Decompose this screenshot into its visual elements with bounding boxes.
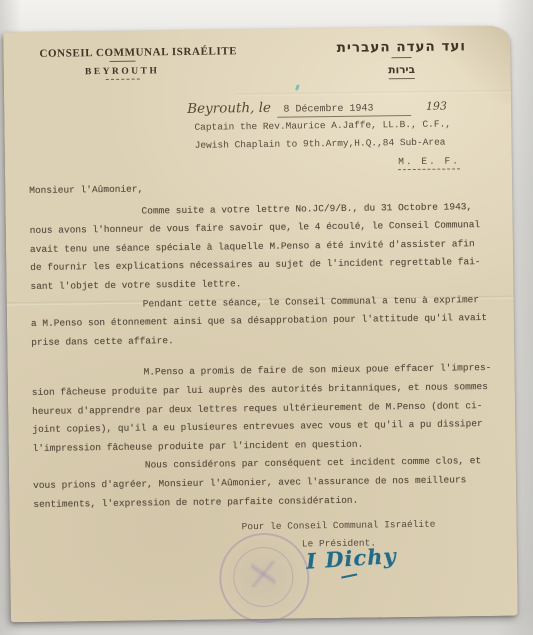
letter-photo: CONSEIL COMMUNAL ISRAÉLITE BEYROUTH ועד … bbox=[0, 0, 533, 635]
signature: I Dichy bbox=[305, 543, 397, 574]
city-name-hebrew: בירות bbox=[327, 63, 477, 77]
salutation: Monsieur l'Aûmonier, bbox=[29, 176, 499, 201]
circular-stamp-inner-ring bbox=[233, 547, 294, 608]
city-name-french: BEYROUTH bbox=[40, 66, 205, 78]
printed-place-label: Beyrouth, le bbox=[187, 100, 271, 117]
org-name-french: CONSEIL COMMUNAL ISRAÉLITE bbox=[39, 46, 204, 60]
letterhead-hebrew: ועד העדה העברית בירות bbox=[326, 38, 477, 80]
typed-date: 8 Décembre 1943 bbox=[277, 103, 411, 118]
closing-on-behalf: Pour le Conseil Communal Israélite bbox=[242, 519, 436, 533]
ornament-rule bbox=[105, 79, 139, 80]
letterhead-french: CONSEIL COMMUNAL ISRAÉLITE BEYROUTH bbox=[39, 46, 204, 81]
recipient-line-mef: M. E. F. bbox=[398, 155, 460, 170]
org-name-hebrew: ועד העדה העברית bbox=[326, 38, 476, 56]
printed-year-prefix: 193 bbox=[426, 100, 447, 113]
ornament-rule bbox=[109, 61, 135, 62]
ornament-rule bbox=[389, 78, 415, 79]
letter-body: Monsieur l'Aûmonier, Comme suite a votre… bbox=[29, 176, 503, 514]
ornament-rule bbox=[392, 57, 412, 58]
ink-speck bbox=[295, 84, 300, 91]
dateline: Beyrouth, le 8 Décembre 1943 193 bbox=[187, 97, 447, 119]
recipient-line: Captain the Rev.Maurice A.Jaffe, LL.B., … bbox=[194, 118, 451, 132]
circular-stamp-emblem bbox=[251, 561, 275, 587]
letter-page: CONSEIL COMMUNAL ISRAÉLITE BEYROUTH ועד … bbox=[3, 26, 518, 623]
recipient-line: Jewish Chaplain to 9th.Army,H.Q.,84 Sub-… bbox=[195, 137, 446, 151]
fold-crease-top bbox=[237, 90, 511, 97]
circular-stamp bbox=[219, 532, 310, 623]
